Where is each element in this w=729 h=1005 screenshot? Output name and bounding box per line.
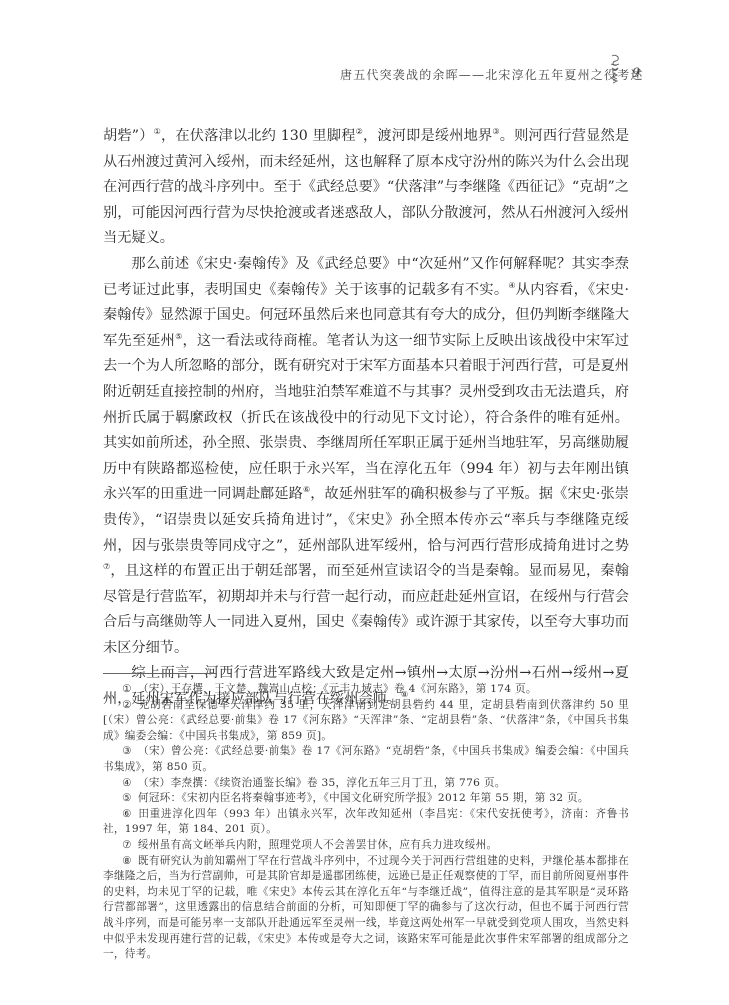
- running-title: 唐五代突袭战的余晖——北宋淳化五年夏州之役考述: [340, 68, 644, 82]
- footnote-text: 田重进淳化四年（993 年）出镇永兴军，次年改知延州（李昌宪：《宋代安抚使考》，…: [103, 808, 629, 836]
- footnote-reference[interactable]: ④: [508, 281, 515, 290]
- footnote-item: ①（宋）王存撰，王文楚、魏嵩山点校：《元丰九域志》卷 4《河东路》，第 174 …: [103, 682, 629, 698]
- body-text: 胡砦”）①，在伏落津以北约 130 里脚程②，渡河即是绥州地界③。则河西行营显然…: [103, 124, 629, 713]
- footnote-item: ④（宋）李焘撰：《续资治通鉴长编》卷 35，淳化五年三月丁丑，第 776 页。: [103, 776, 629, 792]
- footnote-item: ⑧既有研究认为前知霸州丁罕在行营战斗序列中，不过现今关于河西行营组建的史料，尹继…: [103, 854, 629, 963]
- footnotes: ①（宋）王存撰，王文楚、魏嵩山点校：《元丰九域志》卷 4《河东路》，第 174 …: [103, 682, 629, 963]
- footnote-mark: ⑤: [122, 792, 132, 804]
- footnote-mark: ⑥: [122, 808, 132, 820]
- page-number: 9: [632, 66, 641, 81]
- paragraph-text: ，这一看法或待商榷。笔者认为这一细节实际上反映出该战役中宋军过去一个为人所忽略的…: [103, 333, 629, 503]
- footnote-reference[interactable]: ①: [154, 127, 161, 136]
- footnote-text: （宋）曾公亮：《武经总要·前集》卷 17《河东路》“克胡砦”条，《中国兵书集成》…: [103, 745, 629, 773]
- footnote-mark: ④: [122, 777, 132, 789]
- footnote-item: ⑥田重进淳化四年（993 年）出镇永兴军，次年改知延州（李昌宪：《宋代安抚使考》…: [103, 807, 629, 838]
- footnote-item: ⑦绥州虽有高文岯举兵内附，照理党项人不会善罢甘休，应有兵力进攻绥州。: [103, 838, 629, 854]
- footnote-mark: ⑧: [122, 855, 132, 867]
- footnote-mark: ②: [122, 699, 132, 711]
- footnote-item: ⑤何冠环：《宋初内臣名将秦翰事迹考》，《中国文化研究所学报》2012 年第 55…: [103, 791, 629, 807]
- footnote-text: 绥州虽有高文岯举兵内附，照理党项人不会善罢甘休，应有兵力进攻绥州。: [138, 839, 498, 851]
- body-paragraph: 胡砦”）①，在伏落津以北约 130 里脚程②，渡河即是绥州地界③。则河西行营显然…: [103, 124, 629, 252]
- footnote-text: （宋）王存撰，王文楚、魏嵩山点校：《元丰九域志》卷 4《河东路》，第 174 页…: [138, 683, 537, 695]
- footnote-text: 何冠环：《宋初内臣名将秦翰事迹考》，《中国文化研究所学报》2012 年第 55 …: [138, 792, 589, 804]
- decorative-ornament-icon: [608, 54, 622, 86]
- footnote-reference[interactable]: ②: [356, 127, 363, 136]
- paragraph-text: ，渡河即是绥州地界: [363, 128, 492, 144]
- paragraph-text: 胡砦”）: [103, 128, 154, 144]
- footnote-reference[interactable]: ③: [492, 127, 499, 136]
- paragraph-text: ，在伏落津以北约 130 里脚程: [161, 128, 356, 144]
- footnote-text: 既有研究认为前知霸州丁罕在行营战斗序列中，不过现今关于河西行营组建的史料，尹继伦…: [103, 855, 629, 961]
- footnote-mark: ①: [122, 683, 132, 695]
- body-paragraph: 那么前述《宋史·秦翰传》及《武经总要》中“次延州”又作何解释呢？其实李焘已考证过…: [103, 252, 629, 662]
- footnote-text: 克胡砦南至保德军天浑津约 35 里，天浑津南到定胡县砦约 44 里，定胡县砦南到…: [103, 699, 629, 742]
- footnote-item: ③（宋）曾公亮：《武经总要·前集》卷 17《河东路》“克胡砦”条，《中国兵书集成…: [103, 744, 629, 775]
- running-header: 唐五代突袭战的余晖——北宋淳化五年夏州之役考述 9: [340, 66, 660, 90]
- footnote-mark: ③: [122, 745, 132, 757]
- footnote-divider: [103, 673, 217, 674]
- paragraph-text: 。则河西行营显然是从石州渡过黄河入绥州，而未经延州，这也解释了原本戍守汾州的陈兴…: [103, 128, 629, 246]
- footnote-mark: ⑦: [122, 839, 132, 851]
- paragraph-text: ，且这样的布置正出于朝廷部署，而至延州宣读诏令的当是秦翰。显而易见，秦翰尽管是行…: [103, 563, 629, 656]
- footnote-item: ②克胡砦南至保德军天浑津约 35 里，天浑津南到定胡县砦约 44 里，定胡县砦南…: [103, 698, 629, 745]
- footnote-text: （宋）李焘撰：《续资治通鉴长编》卷 35，淳化五年三月丁丑，第 776 页。: [138, 777, 506, 789]
